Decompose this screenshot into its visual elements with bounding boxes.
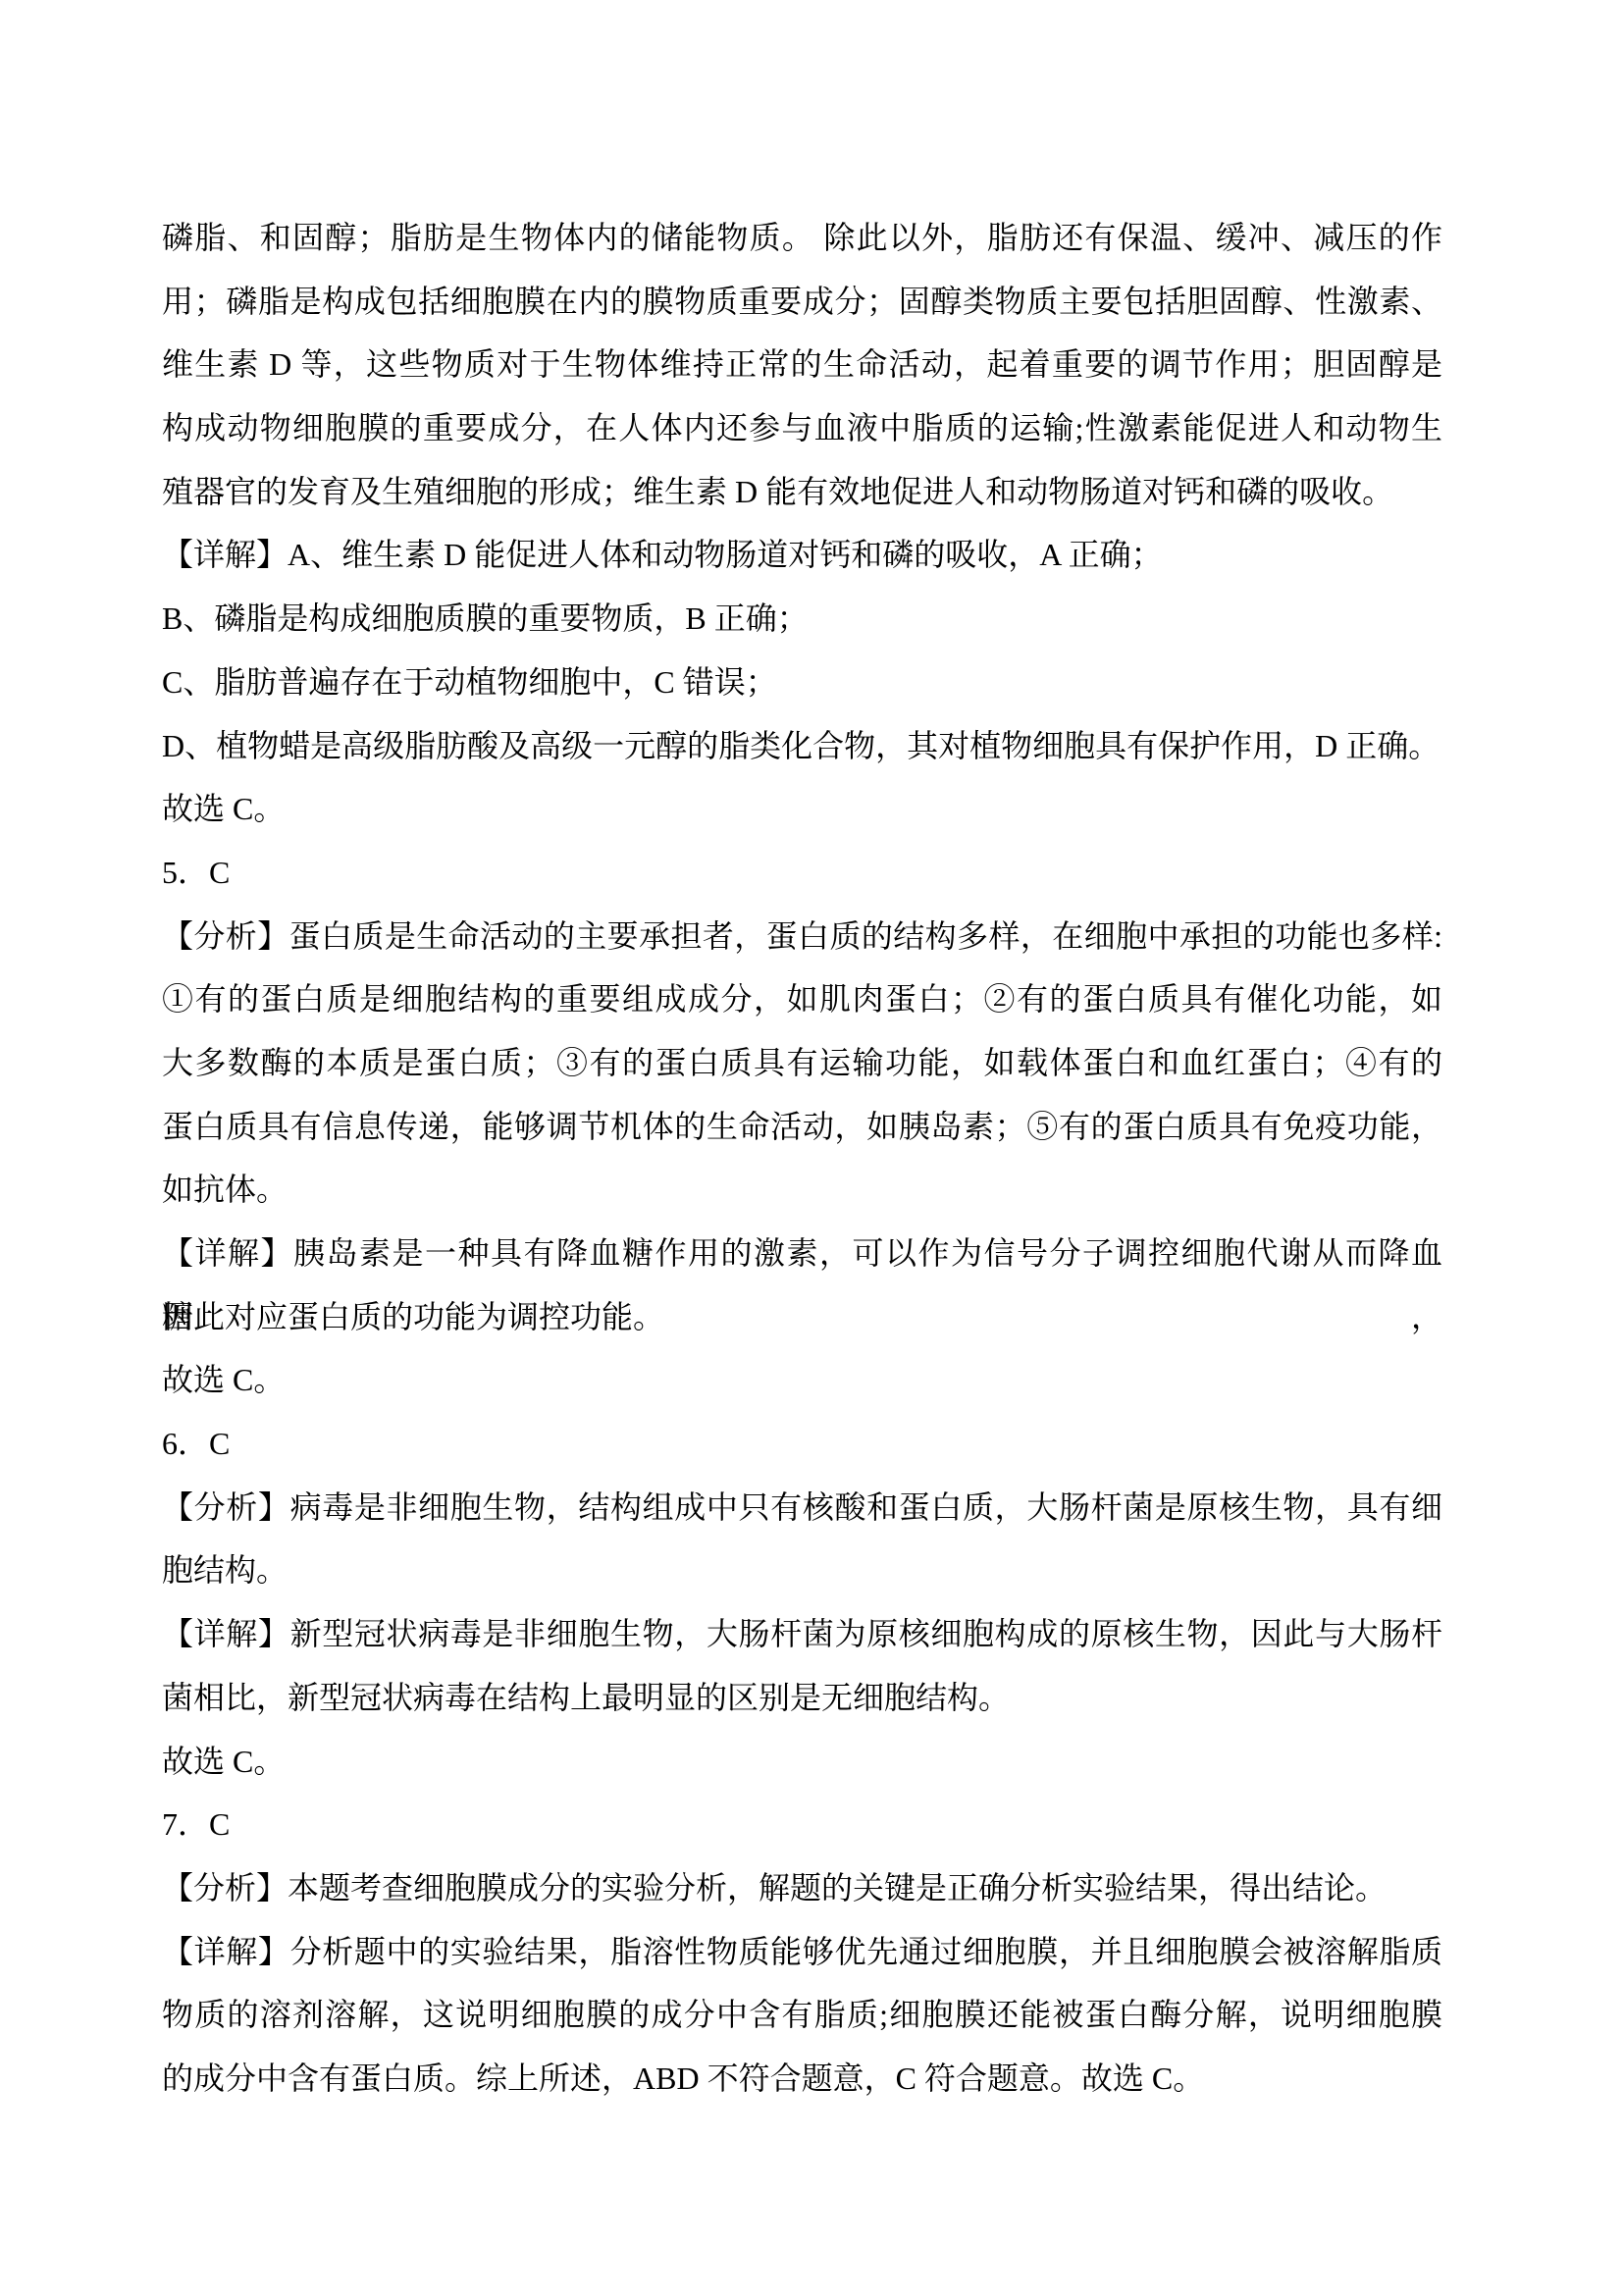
- text-line: 殖器官的发育及生殖细胞的形成；维生素 D 能有效地促进人和动物肠道对钙和磷的吸收…: [162, 460, 1442, 524]
- text-line: C、脂肪普遍存在于动植物细胞中，C 错误；: [162, 651, 1442, 714]
- text-line: D、植物蜡是高级脂肪酸及高级一元醇的脂类化合物，其对植物细胞具有保护作用，D 正…: [162, 714, 1442, 778]
- text-line: 大多数酶的本质是蛋白质；③有的蛋白质具有运输功能，如载体蛋白和血红蛋白；④有的: [162, 1031, 1442, 1095]
- text-line: 胞结构。: [162, 1539, 1442, 1602]
- text-line: 构成动物细胞膜的重要成分，在人体内还参与血液中脂质的运输;性激素能促进人和动物生: [162, 396, 1442, 460]
- text-line: 蛋白质具有信息传递，能够调节机体的生命活动，如胰岛素；⑤有的蛋白质具有免疫功能，: [162, 1095, 1442, 1159]
- text-line: 维生素 D 等，这些物质对于生物体维持正常的生命活动，起着重要的调节作用；胆固醇…: [162, 333, 1442, 396]
- text-line: 【分析】本题考查细胞膜成分的实验分析，解题的关键是正确分析实验结果，得出结论。: [162, 1856, 1442, 1920]
- text-line: 用；磷脂是构成包括细胞膜在内的膜物质重要成分；固醇类物质主要包括胆固醇、性激素、: [162, 270, 1442, 334]
- answer-number-line: 7．C: [162, 1793, 1442, 1856]
- text-line: 故选 C。: [162, 1730, 1442, 1794]
- text-line: 的成分中含有蛋白质。综上所述，ABD 不符合题意，C 符合题意。故选 C。: [162, 2047, 1442, 2111]
- text-line: 故选 C。: [162, 1348, 1442, 1412]
- text-line: ①有的蛋白质是细胞结构的重要组成成分，如肌肉蛋白；②有的蛋白质具有催化功能，如: [162, 967, 1442, 1031]
- answer-number-line: 5．C: [162, 841, 1442, 905]
- text-line: 【详解】新型冠状病毒是非细胞生物，大肠杆菌为原核细胞构成的原核生物，因此与大肠杆: [162, 1602, 1442, 1666]
- text-line: 如抗体。: [162, 1158, 1442, 1222]
- text-line: 故选 C。: [162, 777, 1442, 841]
- text-line: 【分析】蛋白质是生命活动的主要承担者，蛋白质的结构多样，在细胞中承担的功能也多样…: [162, 905, 1442, 968]
- text-line: B、磷脂是构成细胞质膜的重要物质，B 正确；: [162, 587, 1442, 651]
- text-line: 磷脂、和固醇；脂肪是生物体内的储能物质。 除此以外，脂肪还有保温、缓冲、减压的作: [162, 206, 1442, 270]
- page: 磷脂、和固醇；脂肪是生物体内的储能物质。 除此以外，脂肪还有保温、缓冲、减压的作…: [0, 0, 1623, 2296]
- answer-number-line: 6．C: [162, 1412, 1442, 1476]
- text-line: 菌相比，新型冠状病毒在结构上最明显的区别是无细胞结构。: [162, 1666, 1442, 1730]
- text-line: 【详解】胰岛素是一种具有降血糖作用的激素，可以作为信号分子调控细胞代谢从而降血糖…: [162, 1222, 1442, 1285]
- text-line: 物质的溶剂溶解，这说明细胞膜的成分中含有脂质;细胞膜还能被蛋白酶分解，说明细胞膜: [162, 1983, 1442, 2047]
- document-body: 磷脂、和固醇；脂肪是生物体内的储能物质。 除此以外，脂肪还有保温、缓冲、减压的作…: [162, 206, 1442, 2111]
- text-line: 【详解】分析题中的实验结果，脂溶性物质能够优先通过细胞膜，并且细胞膜会被溶解脂质: [162, 1920, 1442, 1984]
- text-line: 【详解】A、维生素 D 能促进人体和动物肠道对钙和磷的吸收，A 正确；: [162, 523, 1442, 587]
- text-line: 【分析】病毒是非细胞生物，结构组成中只有核酸和蛋白质，大肠杆菌是原核生物，具有细: [162, 1476, 1442, 1539]
